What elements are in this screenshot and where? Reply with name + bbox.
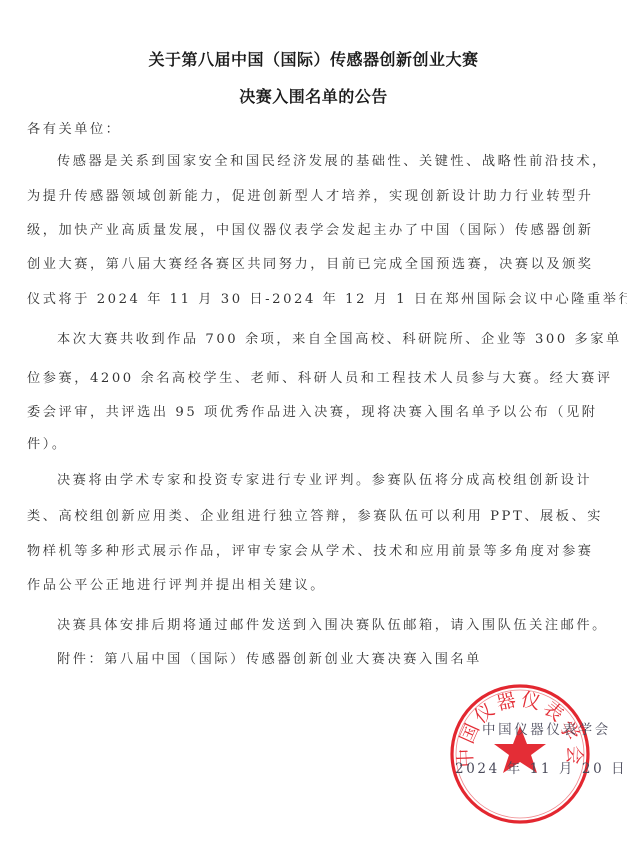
salutation: 各有关单位：: [27, 122, 121, 138]
document-title: 关于第八届中国（国际）传感器创新创业大赛: [0, 47, 627, 70]
paragraph-1-line-3: 级，加快产业高质量发展，中国仪器仪表学会发起主办了中国（国际）传感器创新: [27, 223, 594, 239]
announcement-page: 关于第八届中国（国际）传感器创新创业大赛 决赛入围名单的公告 各有关单位： 传感…: [0, 0, 627, 843]
attachment-line: 附件：第八届中国（国际）传感器创新创业大赛决赛入围名单: [57, 652, 482, 668]
paragraph-3-line-1: 决赛将由学术专家和投资专家进行专业评判。参赛队伍将分成高校组创新设计: [57, 473, 592, 489]
paragraph-3-line-4: 作品公平公正地进行评判并提出相关建议。: [27, 578, 326, 594]
official-seal: 中国仪器仪表学会: [448, 682, 592, 826]
paragraph-1-line-2: 为提升传感器领域创新能力，促进创新型人才培养，实现创新设计助力行业转型升: [27, 189, 594, 205]
signature-date: 2024 年 11 月 20 日: [455, 757, 627, 777]
paragraph-1-line-1: 传感器是关系到国家安全和国民经济发展的基础性、关键性、战略性前沿技术，: [57, 154, 608, 170]
paragraph-4-line-1: 决赛具体安排后期将通过邮件发送到入围决赛队伍邮箱，请入围队伍关注邮件。: [57, 618, 608, 634]
paragraph-3-line-3: 物样机等多种形式展示作品，评审专家会从学术、技术和应用前景等多角度对参赛: [27, 544, 594, 560]
paragraph-2-line-1: 本次大赛共收到作品 700 余项，来自全国高校、科研院所、企业等 300 多家单: [57, 332, 622, 348]
paragraph-3-line-2: 类、高校组创新应用类、企业组进行独立答辩，参赛队伍可以利用 PPT、展板、实: [27, 509, 603, 525]
signature-organization: 中国仪器仪表学会: [482, 718, 611, 738]
paragraph-1-line-5: 仪式将于 2024 年 11 月 30 日-2024 年 12 月 1 日在郑州…: [27, 292, 627, 308]
paragraph-1-line-4: 创业大赛，第八届大赛经各赛区共同努力，目前已完成全国预选赛，决赛以及颁奖: [27, 257, 594, 273]
paragraph-2-line-4: 件）。: [27, 437, 68, 453]
paragraph-2-line-3: 委会评审，共评选出 95 项优秀作品进入决赛，现将决赛入围名单予以公布（见附: [27, 405, 597, 421]
document-subtitle: 决赛入围名单的公告: [0, 84, 627, 107]
paragraph-2-line-2: 位参赛，4200 余名高校学生、老师、科研人员和工程技术人员参与大赛。经大赛评: [27, 371, 613, 387]
